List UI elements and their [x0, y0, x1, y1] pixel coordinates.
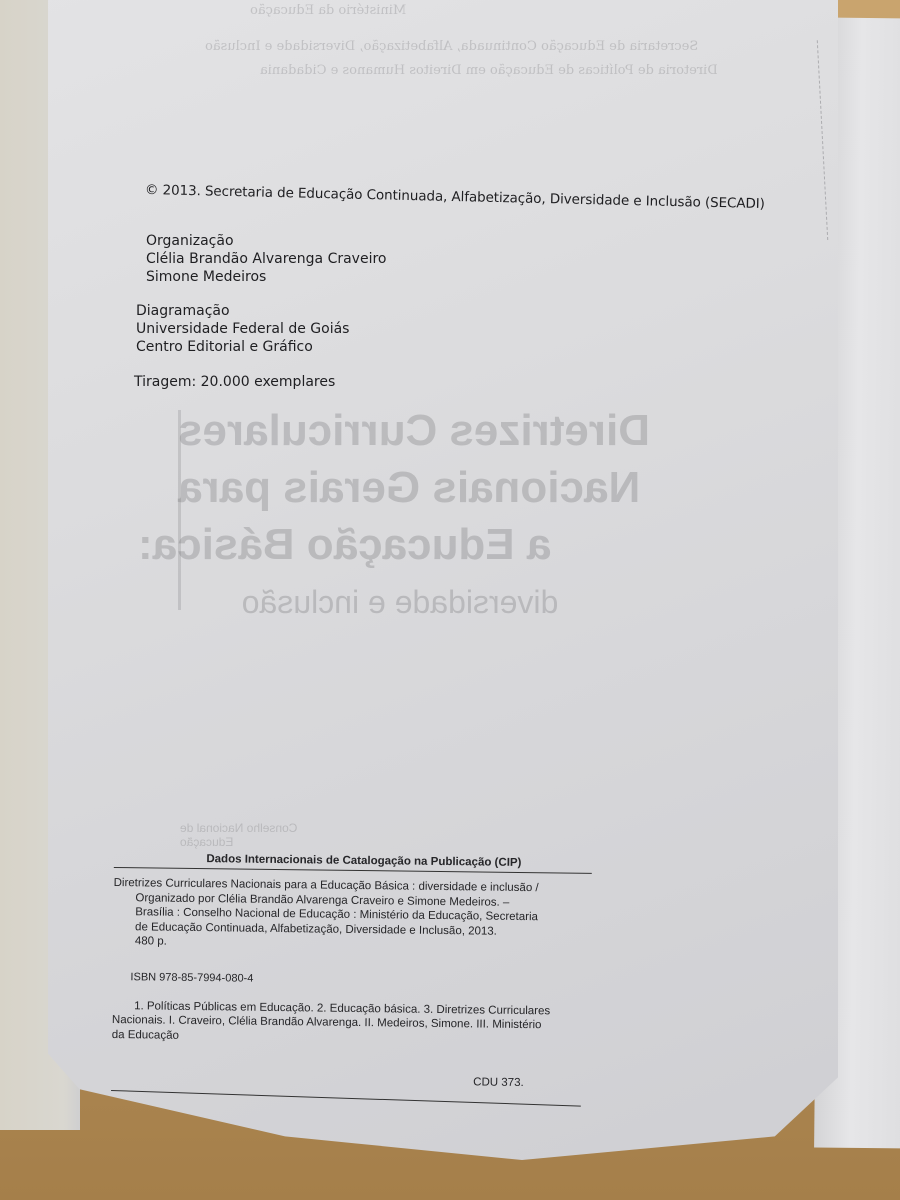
cip-entry: Diretrizes Curriculares Nacionais para a…	[113, 876, 594, 954]
credit-name: Centro Editorial e Gráfico	[136, 338, 349, 356]
credit-heading: Organização	[146, 232, 386, 250]
credits-organization: Organização Clélia Brandão Alvarenga Cra…	[146, 232, 386, 286]
cip-subjects: 1. Políticas Públicas em Educação. 2. Ed…	[112, 998, 592, 1047]
cip-block: Dados Internacionais de Catalogação na P…	[111, 852, 594, 1118]
credits-layout: Diagramação Universidade Federal de Goiá…	[136, 302, 349, 356]
credit-name: Universidade Federal de Goiás	[136, 320, 349, 338]
cip-bottom-rule	[111, 1090, 581, 1107]
show-through-top-line-1: Ministério da Educação	[250, 0, 406, 22]
cdu-row: CDU 373.	[111, 1072, 591, 1118]
show-through-subtitle: diversidade e inclusão	[200, 584, 600, 621]
credit-name: Simone Medeiros	[146, 268, 386, 286]
isbn: ISBN 978-85-7994-080-4	[112, 970, 592, 988]
show-through-title-line-1: Diretrizes Curriculares	[178, 402, 688, 459]
print-run: Tiragem: 20.000 exemplares	[134, 373, 335, 391]
show-through-top-line-3: Diretoria de Políticas de Educação em Di…	[260, 60, 718, 82]
page-content: Ministério da Educação Secretaria de Edu…	[0, 0, 900, 1200]
show-through-title-line-3: a Educação Básica:	[138, 516, 648, 573]
show-through-top-line-2: Secretaria de Educação Continuada, Alfab…	[205, 36, 698, 58]
cdu-code: CDU 373.	[473, 1076, 524, 1089]
show-through-title-line-2: Nacionais Gerais para	[178, 459, 688, 516]
copyright-line: © 2013. Secretaria de Educação Continuad…	[145, 182, 765, 212]
show-through-bottom-line-2: Educação	[180, 834, 233, 850]
credit-name: Clélia Brandão Alvarenga Craveiro	[146, 250, 386, 268]
credit-heading: Diagramação	[136, 302, 349, 320]
